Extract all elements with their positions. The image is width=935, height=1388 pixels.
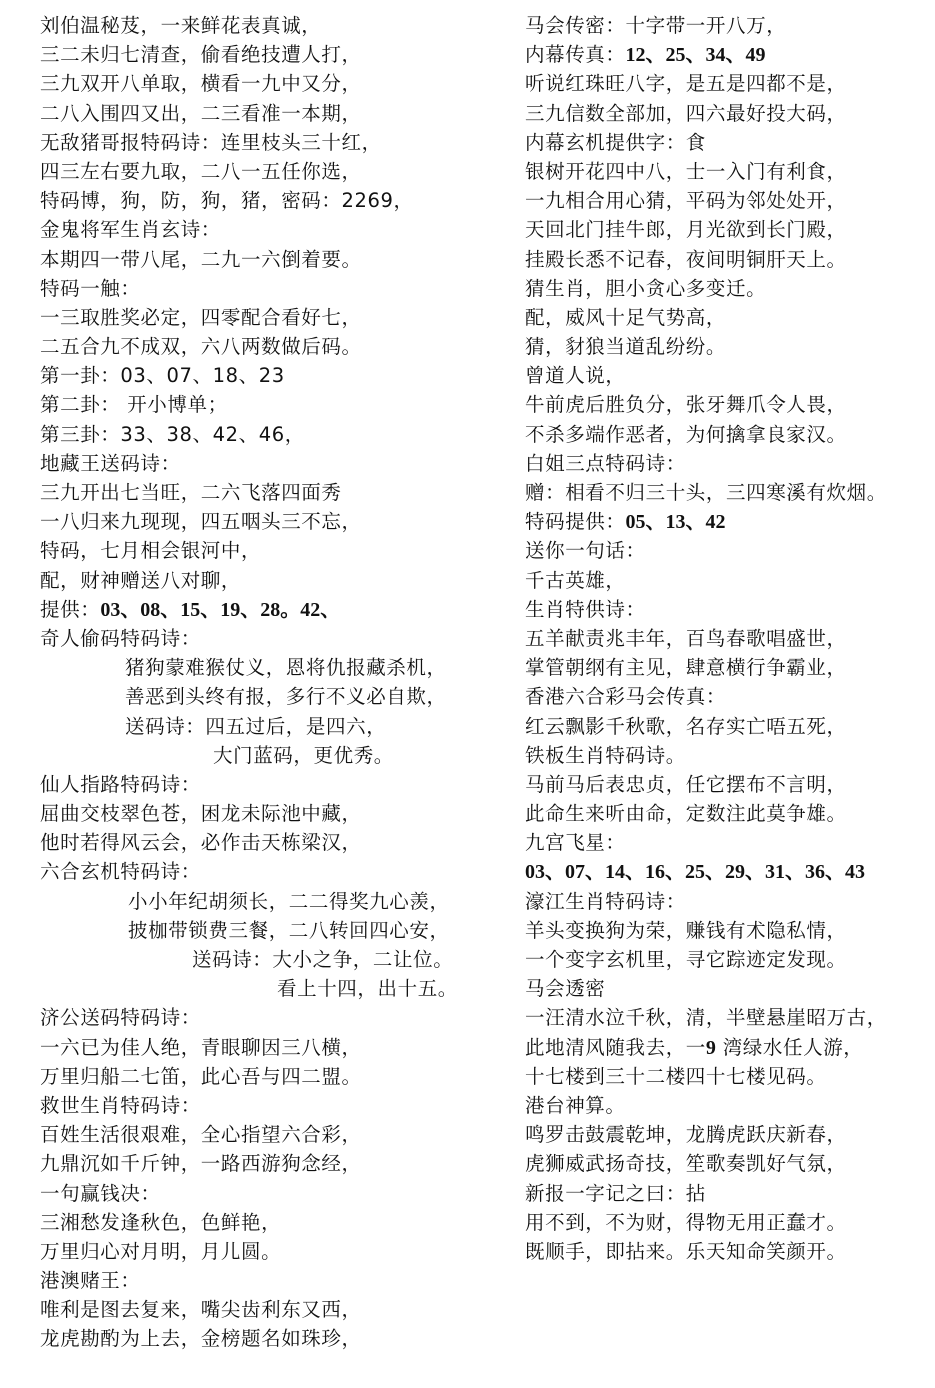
section-heading: 济公送码特码诗： xyxy=(40,1003,490,1032)
text-line: 特码，七月相会银河中， xyxy=(40,536,490,565)
text-line: 第一卦：03、07、18、23 xyxy=(40,361,490,390)
section-heading: 仙人指路特码诗： xyxy=(40,770,490,799)
text-line: 此命生来听由命，定数注此莫争雄。 xyxy=(525,799,935,828)
text-line: 虎狮威武扬奇技，笙歌奏凯好气氛， xyxy=(525,1149,935,1178)
text-line: 既顺手，即拈来。乐天知命笑颜开。 xyxy=(525,1237,935,1266)
text-line: 十七楼到三十二楼四十七楼见码。 xyxy=(525,1062,935,1091)
text-line: 三九双开八单取，横看一九中又分， xyxy=(40,69,490,98)
text-line: 内幕玄机提供字：食 xyxy=(525,128,935,157)
text-line: 牛前虎后胜负分，张牙舞爪令人畏， xyxy=(525,390,935,419)
numbers-line: 此地清风随我去，一9 湾绿水任人游， xyxy=(525,1033,935,1062)
text-line: 龙虎勘酌为上去，金榜题名如珠珍， xyxy=(40,1324,490,1353)
text-line: 不杀多端作恶者，为何擒拿良家汉。 xyxy=(525,420,935,449)
text-line: 一六已为佳人绝，青眼聊因三八横， xyxy=(40,1033,490,1062)
section-heading: 港澳赌王： xyxy=(40,1266,490,1295)
text-line: 小小年纪胡须长，二二得奖九心羡， xyxy=(40,887,490,916)
section-heading: 铁板生肖特码诗。 xyxy=(525,741,935,770)
text-line: 一三取胜奖必定，四零配合看好七， xyxy=(40,303,490,332)
section-heading: 曾道人说， xyxy=(525,361,935,390)
text-line: 用不到，不为财，得物无用正蠢才。 xyxy=(525,1208,935,1237)
text-line: 三湘愁发逢秋色，色鲜艳， xyxy=(40,1208,490,1237)
text-line: 一汪清水泣千秋，清，半壁悬崖昭万古， xyxy=(525,1003,935,1032)
numbers-label: 此地清风随我去，一 xyxy=(525,1036,706,1059)
section-heading: 救世生肖特码诗： xyxy=(40,1091,490,1120)
text-line: 披枷带锁费三餐，二八转回四心安， xyxy=(40,916,490,945)
numbers-suffix: 湾绿水任人游， xyxy=(716,1036,864,1059)
section-heading: 金鬼将军生肖玄诗： xyxy=(40,215,490,244)
lottery-numbers: 05、13、42 xyxy=(626,511,726,533)
text-line: 三九开出七当旺，二六飞落四面秀 xyxy=(40,478,490,507)
numbers-line: 提供：03、08、15、19、28。42、 xyxy=(40,595,490,624)
text-line: 一个变字玄机里，寻它踪迹定发现。 xyxy=(525,945,935,974)
section-heading: 特码一触： xyxy=(40,274,490,303)
text-line: 天回北门挂牛郎，月光欲到长门殿， xyxy=(525,215,935,244)
text-line: 唯利是图去复来，嘴尖齿利东又西， xyxy=(40,1295,490,1324)
numbers-line: 内幕传真：12、25、34、49 xyxy=(525,40,935,69)
text-line: 二五合九不成双，六八两数做后码。 xyxy=(40,332,490,361)
lottery-numbers: 12、25、34、49 xyxy=(626,44,766,66)
text-line: 新报一字记之曰：拈 xyxy=(525,1179,935,1208)
text-line: 千古英雄， xyxy=(525,566,935,595)
section-heading: 奇人偷码特码诗： xyxy=(40,624,490,653)
text-line: 万里归船二七笛，此心吾与四二盟。 xyxy=(40,1062,490,1091)
text-line: 马会传密：十字带一开八万， xyxy=(525,11,935,40)
text-line: 五羊献责兆丰年，百鸟春歌唱盛世， xyxy=(525,624,935,653)
numbers-line: 03、07、14、16、25、29、31、36、43 xyxy=(525,857,935,886)
text-line: 特码博，狗，防，狗，猪，密码：2269， xyxy=(40,186,490,215)
text-line: 刘伯温秘芨，一来鲜花表真诚， xyxy=(40,11,490,40)
text-line: 猜，豺狼当道乱纷纷。 xyxy=(525,332,935,361)
lottery-numbers: 9 xyxy=(706,1037,716,1059)
section-heading: 马会透密 xyxy=(525,974,935,1003)
text-line: 鸣罗击鼓震乾坤，龙腾虎跃庆新春， xyxy=(525,1120,935,1149)
text-line: 四三左右要九取，二八一五任你选， xyxy=(40,157,490,186)
left-column: 刘伯温秘芨，一来鲜花表真诚， 三二未归七清查，偷看绝技遭人打， 三九双开八单取，… xyxy=(40,11,490,1354)
text-line: 本期四一带八尾，二九一六倒着要。 xyxy=(40,245,490,274)
text-line: 二八入围四又出，二三看准一本期， xyxy=(40,99,490,128)
text-line: 一九相合用心猜，平码为邻处处开， xyxy=(525,186,935,215)
text-line: 送码诗：大小之争，二让位。 xyxy=(40,945,490,974)
text-line: 听说红珠旺八字，是五是四都不是， xyxy=(525,69,935,98)
text-line: 第三卦：33、38、42、46， xyxy=(40,420,490,449)
section-heading: 濠江生肖特码诗： xyxy=(525,887,935,916)
text-line: 马前马后表忠贞，任它摆布不言明， xyxy=(525,770,935,799)
numbers-label: 提供： xyxy=(40,598,100,621)
section-heading: 一句赢钱决： xyxy=(40,1179,490,1208)
text-line: 无敌猪哥报特码诗：连里枝头三十红， xyxy=(40,128,490,157)
text-line: 配，财神赠送八对聊， xyxy=(40,566,490,595)
text-line: 看上十四，出十五。 xyxy=(40,974,490,1003)
section-heading: 香港六合彩马会传真： xyxy=(525,682,935,711)
text-line: 送码诗：四五过后，是四六， xyxy=(40,712,490,741)
text-line: 三二未归七清查，偷看绝技遭人打， xyxy=(40,40,490,69)
text-line: 九鼎沉如千斤钟，一路西游狗念经， xyxy=(40,1149,490,1178)
text-line: 屈曲交枝翠色苍，困龙未际池中藏， xyxy=(40,799,490,828)
text-line: 善恶到头终有报，多行不义必自欺， xyxy=(40,682,490,711)
lottery-numbers: 03、08、15、19、28。42、 xyxy=(100,599,340,621)
section-heading: 白姐三点特码诗： xyxy=(525,449,935,478)
section-heading: 送你一句话： xyxy=(525,536,935,565)
lottery-numbers: 03、07、14、16、25、29、31、36、43 xyxy=(525,861,865,883)
text-line: 三九信数全部加，四六最好投大码， xyxy=(525,99,935,128)
section-heading: 生肖特供诗： xyxy=(525,595,935,624)
text-line: 羊头变换狗为荣，赚钱有术隐私情， xyxy=(525,916,935,945)
text-line: 百姓生活很艰难，全心指望六合彩， xyxy=(40,1120,490,1149)
text-line: 银树开花四中八，士一入门有利食， xyxy=(525,157,935,186)
text-line: 猪狗蒙难猴仗义，恩将仇报藏杀机， xyxy=(40,653,490,682)
text-line: 配，威风十足气势高， xyxy=(525,303,935,332)
right-column: 马会传密：十字带一开八万， 内幕传真：12、25、34、49 听说红珠旺八字，是… xyxy=(525,11,935,1266)
text-line: 赠：相看不归三十头，三四寒溪有炊烟。 xyxy=(525,478,935,507)
text-line: 万里归心对月明，月儿圆。 xyxy=(40,1237,490,1266)
text-line: 掌管朝纲有主见，肆意横行争霸业， xyxy=(525,653,935,682)
text-line: 他时若得风云会，必作击天栋梁汉， xyxy=(40,828,490,857)
text-line: 红云飘影千秋歌，名存实亡唔五死， xyxy=(525,712,935,741)
numbers-label: 特码提供： xyxy=(525,510,626,533)
text-line: 挂殿长悉不记春，夜间明铜肝天上。 xyxy=(525,245,935,274)
text-line: 大门蓝码，更优秀。 xyxy=(40,741,490,770)
section-heading: 六合玄机特码诗： xyxy=(40,857,490,886)
section-heading: 九宫飞星： xyxy=(525,828,935,857)
text-line: 第二卦： 开小博单； xyxy=(40,390,490,419)
text-line: 一八归来九现现，四五咽头三不忘， xyxy=(40,507,490,536)
numbers-line: 特码提供：05、13、42 xyxy=(525,507,935,536)
text-line: 猜生肖，胆小贪心多变迁。 xyxy=(525,274,935,303)
numbers-label: 内幕传真： xyxy=(525,43,626,66)
section-heading: 港台神算。 xyxy=(525,1091,935,1120)
section-heading: 地藏王送码诗： xyxy=(40,449,490,478)
